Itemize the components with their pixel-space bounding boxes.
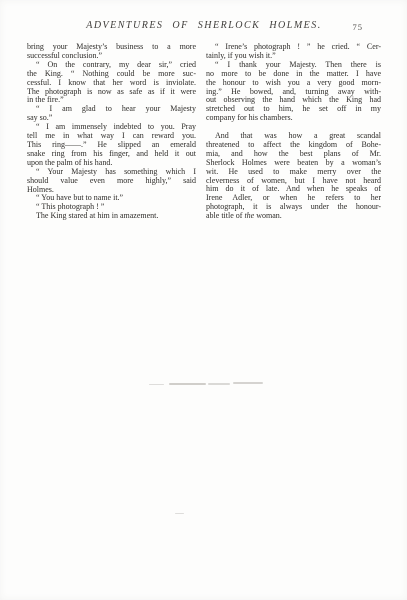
scan-smudge-segment [169,383,206,385]
paragraph: The King stared at him in amazement. [27,212,196,221]
scan-speck [175,513,184,514]
paragraph: “ On the contrary, my dear sir,” criedth… [27,61,196,106]
paragraph: And that was how a great scandalthreaten… [206,132,381,221]
scan-smudge-segment [149,384,164,385]
paragraph: “ Your Majesty has something which Ishou… [27,168,196,195]
text-line: company for his chambers. [206,114,381,123]
text-line: able title of the woman. [206,212,381,221]
paragraph: bring your Majesty’s business to a mores… [27,43,196,61]
running-header-title: ADVENTURES OF SHERLOCK HOLMES. [86,20,322,31]
page-number: 75 [353,22,364,32]
text-line: The King stared at him in amazement. [27,212,196,221]
scan-smudge-segment [208,383,230,385]
left-column: bring your Majesty’s business to a mores… [27,43,196,221]
text-columns: bring your Majesty’s business to a mores… [27,43,381,221]
paragraph: “ I am immensely indebted to you. Prayte… [27,123,196,168]
paragraph: “ I thank your Majesty. Then there isno … [206,61,381,123]
paragraph: “ I am glad to hear your Majestysay so.” [27,105,196,123]
running-header: ADVENTURES OF SHERLOCK HOLMES. 75 [27,20,381,31]
scan-smudge-segment [233,382,263,384]
book-page: ADVENTURES OF SHERLOCK HOLMES. 75 bring … [0,0,407,600]
text-line: “ I am glad to hear your Majesty [27,105,196,114]
paragraph: “ Irene’s photograph ! ” he cried. “ Cer… [206,43,381,61]
right-column: “ Irene’s photograph ! ” he cried. “ Cer… [206,43,381,221]
